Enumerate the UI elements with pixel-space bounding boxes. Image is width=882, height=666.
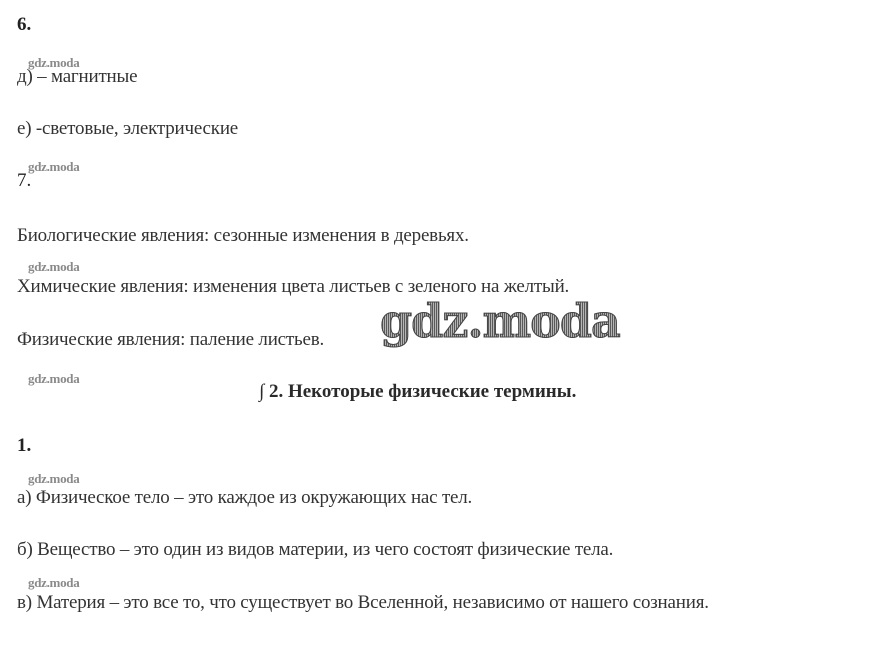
task-1-answer-a: а) Физическое тело – это каждое из окруж… bbox=[17, 487, 472, 509]
task-6-number: 6. bbox=[17, 14, 31, 36]
task-1-answer-c: в) Материя – это все то, что существует … bbox=[17, 592, 709, 614]
watermark-small: gdz.moda bbox=[28, 575, 79, 591]
section-heading: ∫ 2. Некоторые физические термины. bbox=[259, 381, 576, 403]
task-7-biological: Биологические явления: сезонные изменени… bbox=[17, 225, 469, 247]
task-6-answer-e: е) -световые, электрические bbox=[17, 118, 238, 140]
task-7-number: 7. bbox=[17, 170, 31, 192]
watermark-large: gdz.moda bbox=[380, 294, 620, 348]
task-6-answer-d: д) – магнитные bbox=[17, 66, 137, 88]
watermark-small: gdz.moda bbox=[28, 371, 79, 387]
task-1-answer-b: б) Вещество – это один из видов материи,… bbox=[17, 539, 613, 561]
watermark-small: gdz.moda bbox=[28, 259, 79, 275]
watermark-small: gdz.moda bbox=[28, 159, 79, 175]
task-7-physical: Физические явления: паление листьев. bbox=[17, 329, 324, 351]
task-1-number: 1. bbox=[17, 435, 31, 457]
watermark-small: gdz.moda bbox=[28, 471, 79, 487]
